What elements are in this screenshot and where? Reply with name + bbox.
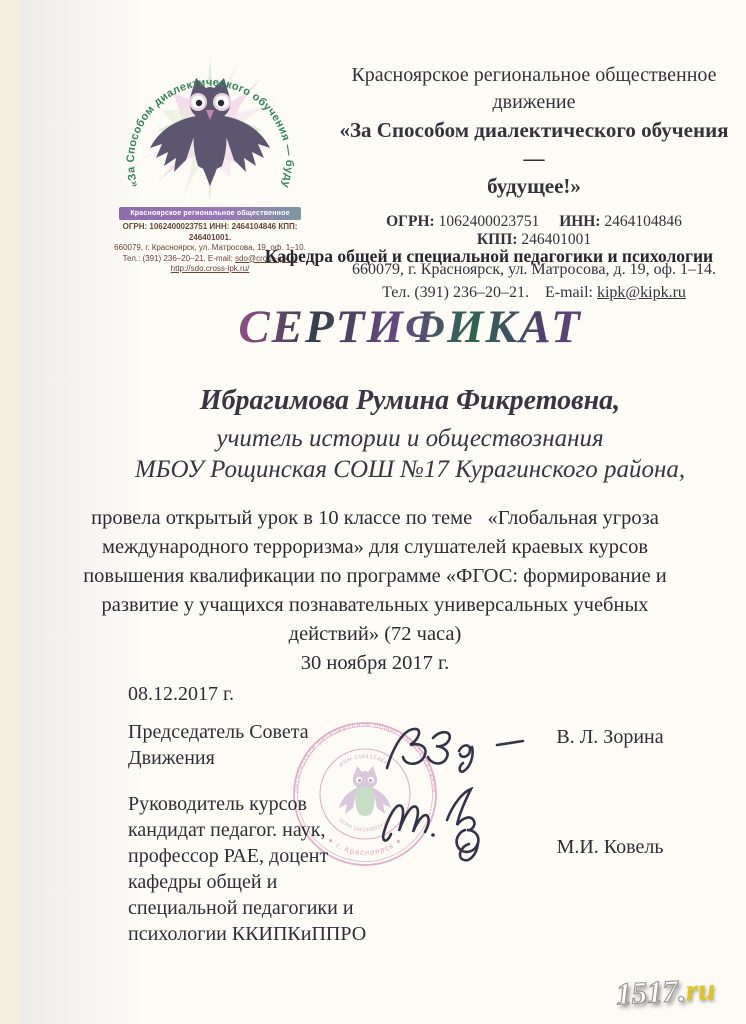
- recipient-position: учитель истории и обществознания: [100, 425, 720, 453]
- body-line: международного терроризма» для слушателе…: [68, 533, 682, 562]
- site-watermark: 1517.ru: [615, 970, 746, 1013]
- certificate-scan: «За Способом диалектического обучения — …: [0, 0, 746, 1024]
- org-email-label: E-mail:: [545, 284, 593, 301]
- body-line: повышения квалификации по программе «ФГО…: [68, 562, 682, 591]
- watermark-domain: ru: [685, 971, 716, 1007]
- scan-edge-strip: [0, 0, 22, 1024]
- signatures-overlay: [275, 668, 545, 878]
- body-line: провела открытый урок в 10 классе по тем…: [68, 504, 682, 533]
- recipient-name: Ибрагимова Румина Фикретовна,: [100, 385, 720, 417]
- org-name-line1: Красноярское региональное общественное: [338, 62, 730, 89]
- org-slogan-line1: «За Способом диалектического обучения —: [338, 116, 730, 172]
- chairman-signature-icon: [387, 729, 523, 772]
- logo-reg-line: ОГРН: 1062400023751 ИНН: 2464104846 КПП:…: [112, 222, 308, 243]
- certificate-title: СЕРТИФИКАТ: [100, 300, 720, 354]
- issue-date: 08.12.2017 г.: [128, 683, 234, 706]
- org-phone: Тел. (391) 236–20–21.: [382, 284, 529, 301]
- inn-value: 2464104846: [604, 213, 682, 230]
- org-logo-block: «За Способом диалектического обучения — …: [112, 50, 308, 275]
- recipient-school: МБОУ Рощинская СОШ №17 Курагинского райо…: [100, 456, 720, 484]
- org-header-block: Красноярское региональное общественное д…: [338, 62, 730, 304]
- chairman-name: В. Л. Зорина: [535, 726, 685, 749]
- org-name-line2: движение: [338, 89, 730, 116]
- body-line: развитие у учащихся познавательных униве…: [68, 591, 682, 620]
- owl-logo-icon: «За Способом диалектического обучения — …: [112, 50, 308, 202]
- ogrn-value: 1062400023751: [439, 213, 540, 230]
- org-slogan-line2: будущее!»: [338, 172, 730, 200]
- department-line: Кафедра общей и специальной педагогики и…: [250, 246, 728, 267]
- certificate-body: провела открытый урок в 10 классе по тем…: [68, 504, 682, 678]
- org-registration-line: ОГРН: 1062400023751 ИНН: 2464104846 КПП:…: [338, 213, 730, 249]
- course-leader-signature-icon: [383, 789, 478, 860]
- logo-banner: Красноярское региональное общественное д…: [119, 207, 301, 220]
- org-email: kipk@kipk.ru: [597, 284, 686, 301]
- course-leader-name: М.И. Ковель: [535, 836, 685, 859]
- body-line: действий» (72 часа): [68, 620, 682, 649]
- watermark-number: 1517.: [615, 973, 686, 1012]
